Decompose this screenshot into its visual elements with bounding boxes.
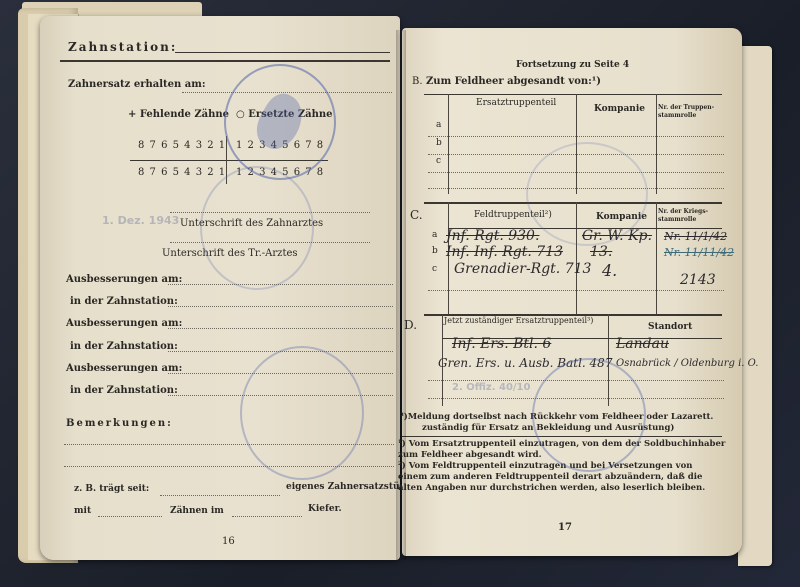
jaw-field[interactable] (232, 516, 302, 517)
section-c-row-b-company: 13. (590, 244, 612, 260)
section-c-row-a-unit: Jnf. Rgt. 930. (446, 228, 539, 244)
repair-station-label-1: in der Zahnstation: (70, 296, 178, 307)
with-label: mit (74, 506, 91, 516)
section-d-header-unit: Jetzt zuständiger Ersatztruppenteil³) (444, 316, 593, 325)
section-b-col-divider-3 (656, 94, 657, 194)
section-c-header-number: Nr. der Kriegs-stammrolle (658, 208, 722, 224)
repair-date-label-2: Ausbesserungen am: (66, 318, 182, 329)
section-c-row-c-number: 2143 (680, 272, 716, 288)
faint-stamp-middle (200, 166, 314, 290)
section-b-row-b: b (436, 138, 442, 148)
right-page-17: Fortsetzung zu Seite 4 B. Zum Feldheer a… (402, 28, 742, 556)
footnote-1-line-2: zum Feldheer abgesandt wird. (398, 450, 542, 460)
legend-missing-teeth: + Fehlende Zähne (128, 109, 229, 120)
repair-station-label-2: in der Zahnstation: (70, 341, 178, 352)
dental-station-title: Zahnstation: (68, 40, 177, 54)
section-b-header-unit: Ersatztruppenteil (476, 98, 556, 108)
section-c-row-a-key: a (432, 230, 437, 240)
footnote-2-line-3: alten Angaben nur durchstrichen werden, … (398, 483, 705, 493)
section-b-row-a-line[interactable] (428, 136, 724, 137)
title-underline (60, 60, 390, 62)
footnote-2-line-2: einem zum anderen Feldtruppenteil derart… (398, 472, 702, 482)
section-b-top-rule (424, 94, 722, 95)
section-d-row-1-location: Landau (616, 336, 669, 352)
official-stamp-bottom (240, 346, 364, 480)
teeth-count-field[interactable] (98, 516, 162, 517)
dental-station-line (175, 52, 390, 53)
faint-stamp-d: 2. Offiz. 40/10 (452, 382, 530, 393)
section-c-row-b-key: b (432, 246, 438, 256)
repair-date-label-1: Ausbesserungen am: (66, 274, 182, 285)
wears-since-field[interactable] (160, 495, 280, 496)
section-d-row-2-location: Osnabrück / Oldenburg i. O. (616, 358, 758, 369)
repair-date-field-2[interactable] (168, 328, 393, 329)
book-gutter (396, 30, 406, 560)
section-b-row-a: a (436, 120, 441, 130)
section-b-col-divider-1 (448, 94, 449, 194)
section-c-row-b-unit: Inf. Inf. Rgt. 713 (446, 244, 563, 260)
page-stack-right (738, 46, 772, 566)
wears-since-label: z. B. trägt seit: (74, 484, 149, 494)
dentures-received-label: Zahnersatz erhalten am: (68, 79, 206, 90)
jaw-label: Kiefer. (308, 504, 342, 514)
section-c-col-divider-3 (656, 202, 657, 314)
section-c-row-c-company: 4. (602, 261, 617, 280)
page-number-17: 17 (558, 522, 572, 533)
official-stamp-section-d (532, 358, 646, 472)
section-b-header-company: Kompanie (594, 104, 645, 114)
section-b-title: Zum Feldheer abgesandt von:¹) (426, 76, 601, 87)
page-number-16: 16 (222, 536, 235, 547)
repair-date-label-3: Ausbesserungen am: (66, 363, 182, 374)
section-b-header-number: Nr. der Truppen-stammrolle (658, 104, 722, 120)
section-b-letter: B. (412, 76, 423, 87)
teeth-upper-left: 8 7 6 5 4 3 2 1 (138, 140, 226, 151)
teeth-lower-left: 8 7 6 5 4 3 2 1 (138, 167, 226, 178)
section-c-letter: C. (410, 208, 423, 222)
repair-station-label-3: in der Zahnstation: (70, 385, 178, 396)
remarks-field-2[interactable] (64, 466, 394, 467)
remarks-label: Bemerkungen: (66, 418, 173, 429)
faint-date-stamp: 1. Dez. 1943 (102, 214, 179, 227)
section-c-row-c-key: c (432, 264, 437, 274)
section-d-row-1-unit: Inf. Ers. Btl. 6 (452, 336, 551, 352)
section-c-row-b-number: Nr. 11/11/42 (664, 246, 734, 259)
continuation-label: Fortsetzung zu Seite 4 (516, 60, 629, 70)
section-d-header-location: Standort (648, 322, 692, 332)
section-b-row-c: c (436, 156, 441, 166)
faint-stamp-section-b (526, 142, 648, 246)
left-page-16: Zahnstation: Zahnersatz erhalten am: + F… (40, 16, 400, 560)
section-c-extra-line[interactable] (428, 290, 724, 291)
repair-station-field-1[interactable] (168, 306, 393, 307)
footnote-2-line-1: ²) Vom Feldtruppenteil einzutragen und b… (398, 461, 692, 471)
own-denture-label: eigenes Zahnersatzstück (286, 482, 411, 492)
section-c-row-c-unit: Grenadier-Rgt. 713 (454, 261, 591, 277)
teeth-in-label: Zähnen im (170, 506, 224, 516)
section-c-row-a-number: Nr. 11/1/42 (664, 230, 727, 243)
